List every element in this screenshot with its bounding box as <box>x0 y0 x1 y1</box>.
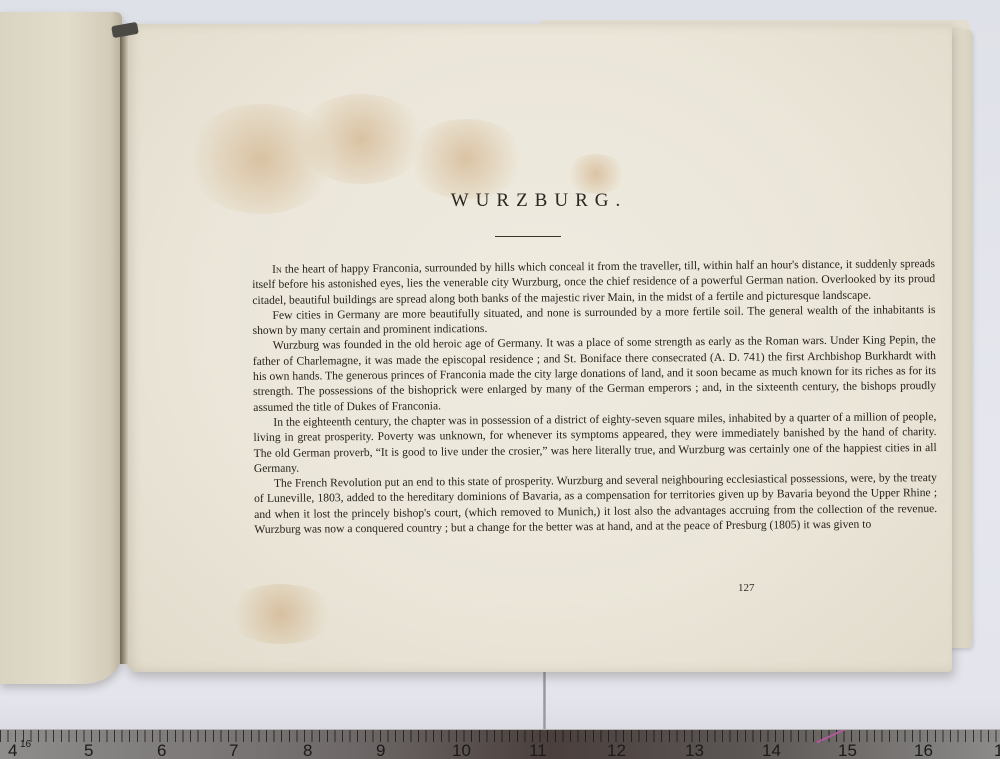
page-number: 127 <box>738 582 755 594</box>
ruler-label: 8 <box>303 741 312 759</box>
ruler-label: 15 <box>838 741 857 759</box>
ruler-label: 4 <box>8 741 17 759</box>
ruler-label: 10 <box>452 741 471 759</box>
paragraph-5: The French Revolution put an end to this… <box>254 470 938 537</box>
photo-scene: WURZBURG. In the heart of happy Franconi… <box>0 0 1000 759</box>
right-page: WURZBURG. In the heart of happy Franconi… <box>126 24 952 672</box>
ruler-label: 14 <box>762 741 781 759</box>
body-text: In the heart of happy Franconia, surroun… <box>252 256 937 537</box>
measuring-ruler: 41656789101112131415161 <box>0 729 1000 759</box>
ruler-label: 9 <box>376 741 385 759</box>
ruler-label: 16 <box>20 739 31 750</box>
ruler-label: 13 <box>685 741 704 759</box>
ruler-label: 11 <box>529 741 547 759</box>
foxing-stain <box>406 119 526 199</box>
foxing-stain <box>296 94 426 184</box>
ruler-label: 1 <box>994 741 1000 759</box>
paragraph-3: Wurzburg was founded in the old heroic a… <box>253 333 937 415</box>
left-page-blank <box>0 12 122 684</box>
paragraph-4: In the eighteenth century, the chapter w… <box>253 409 937 476</box>
title-rule <box>495 236 561 237</box>
ruler-label: 16 <box>914 741 933 759</box>
ruler-label: 6 <box>157 741 166 759</box>
page-title: WURZBURG. <box>126 190 952 212</box>
drop-lead-word: In <box>272 263 282 276</box>
ruler-label: 7 <box>229 741 238 759</box>
foxing-stain <box>566 154 626 194</box>
foxing-stain <box>226 584 336 644</box>
paragraph-1: In the heart of happy Franconia, surroun… <box>252 256 935 308</box>
ruler-label: 5 <box>84 741 93 759</box>
book-gutter <box>120 34 128 664</box>
ruler-label: 12 <box>607 741 626 759</box>
